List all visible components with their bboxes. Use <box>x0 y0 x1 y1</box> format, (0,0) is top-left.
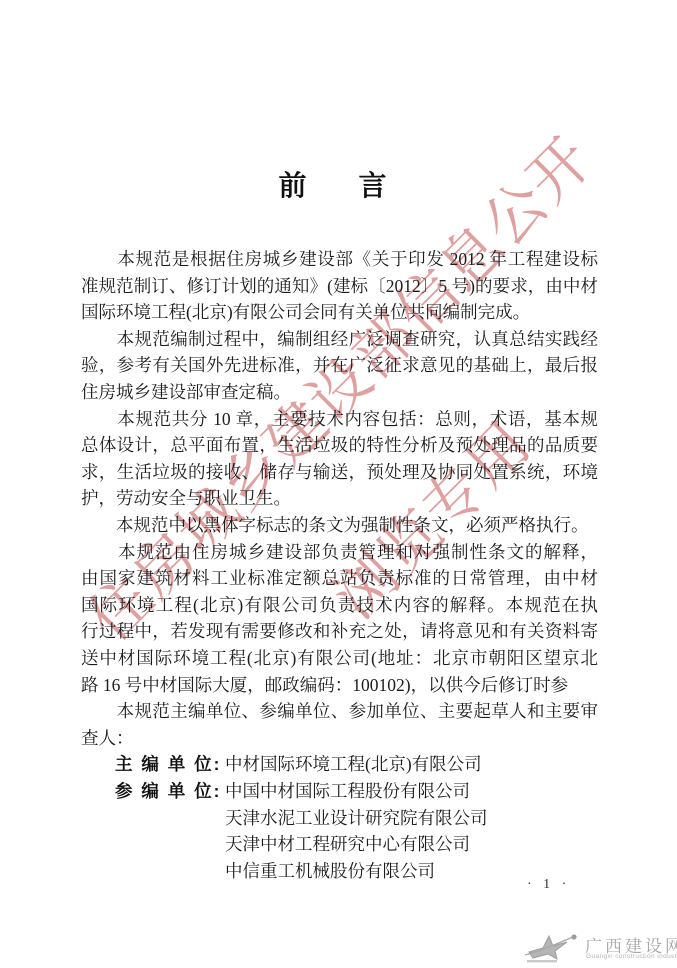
editor-org-name: 天津水泥工业设计研究院有限公司 <box>225 805 488 832</box>
text-line: 行过程中，若发现有需要修改和补充之处，请将意见和有关资料寄 <box>81 618 598 645</box>
editor-org-name: 天津中材工程研究中心有限公司 <box>225 831 470 858</box>
text-line: 国际环境工程(北京)有限公司负责技术内容的解释。本规范在执 <box>81 592 598 619</box>
editor-row: 中信重工机械股份有限公司 <box>81 858 598 885</box>
text-line: 本规范中以黑体字标志的条文为强制性条文，必须严格执行。 <box>81 512 598 539</box>
page-number: · 1 · <box>527 877 570 893</box>
text-line: 由国家建筑材料工业标准定额总站负责标准的日常管理，由中材 <box>81 565 598 592</box>
editor-row: 天津中材工程研究中心有限公司 <box>81 831 598 858</box>
editor-row: 天津水泥工业设计研究院有限公司 <box>81 805 598 832</box>
page-content: 前 言 本规范是根据住房城乡建设部《关于印发 2012 年工程建设标 准规范制订… <box>0 0 677 968</box>
site-logo-subtitle: Guangxi construction industry net <box>586 953 677 960</box>
star-icon <box>523 928 581 968</box>
editor-org-name: 中信重工机械股份有限公司 <box>225 858 435 885</box>
editor-role-label: 参 编 单 位: <box>115 778 221 805</box>
editor-org-name: 中国中材国际工程股份有限公司 <box>225 778 470 805</box>
text-line: 准规范制订、修订计划的通知》(建标〔2012〕5 号)的要求，由中材 <box>81 273 598 300</box>
text-line: 本规范由住房城乡建设部负责管理和对强制性条文的解释， <box>81 539 598 566</box>
text-line: 本规范共分 10 章，主要技术内容包括：总则，术语，基本规定， <box>81 406 598 433</box>
text-line: 本规范主编单位、参编单位、参加单位、主要起草人和主要审 <box>81 698 598 725</box>
text-line: 国际环境工程(北京)有限公司会同有关单位共同编制完成。 <box>81 299 598 326</box>
text-line: 护，劳动安全与职业卫生。 <box>81 485 598 512</box>
page-title: 前 言 <box>0 164 677 204</box>
editor-role-label: 主 编 单 位: <box>115 751 221 778</box>
text-line: 住房城乡建设部审查定稿。 <box>81 379 598 406</box>
text-line: 本规范是根据住房城乡建设部《关于印发 2012 年工程建设标 <box>81 246 598 273</box>
text-line: 求，生活垃圾的接收、储存与输送，预处理及协同处置系统，环境保 <box>81 459 598 486</box>
site-logo: 广西建设网 Guangxi construction industry net <box>523 928 673 966</box>
text-line: 查人： <box>81 725 598 752</box>
editor-row: 参 编 单 位: 中国中材国际工程股份有限公司 <box>81 778 598 805</box>
text-line: 总体设计，总平面布置，生活垃圾的特性分析及预处理品的品质要 <box>81 432 598 459</box>
text-line: 本规范编制过程中，编制组经广泛调查研究，认真总结实践经 <box>81 326 598 353</box>
editor-row: 主 编 单 位: 中材国际环境工程(北京)有限公司 <box>81 751 598 778</box>
text-line: 验，参考有关国外先进标准，并在广泛征求意见的基础上，最后报 <box>81 352 598 379</box>
document-page: 住房城乡建设部信息公开 浏览专用 前 言 本规范是根据住房城乡建设部《关于印发 … <box>0 0 677 968</box>
text-line: 路 16 号中材国际大厦，邮政编码：100102)，以供今后修订时参考。 <box>81 672 598 699</box>
editor-org-name: 中材国际环境工程(北京)有限公司 <box>225 751 482 778</box>
text-line: 送中材国际环境工程(北京)有限公司(地址：北京市朝阳区望京北 <box>81 645 598 672</box>
